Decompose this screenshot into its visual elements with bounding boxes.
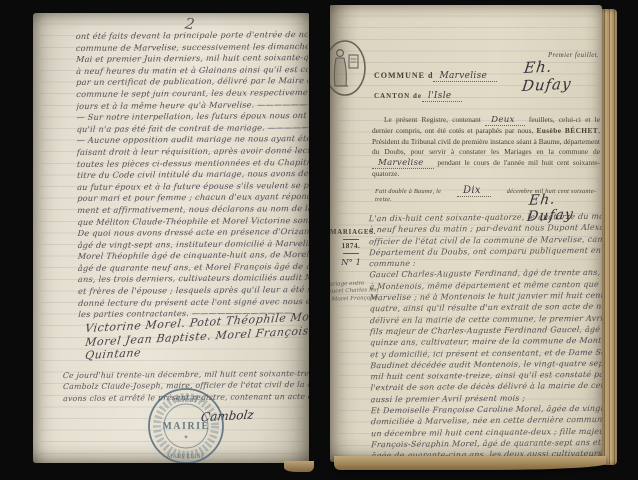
paragraph-part1: Le présent Registre, contenant — [384, 115, 481, 124]
left-page-bottom-edge — [284, 461, 314, 472]
right-page-bottom-edge — [334, 456, 606, 470]
stamp-center-text: MAIRIE — [162, 421, 209, 432]
commune-fill-value: Marvelise — [372, 158, 434, 169]
witness-signatures: Victorine Morel. Potot Théophile MorelMo… — [85, 316, 309, 357]
canton-value: l'Isle — [422, 91, 462, 102]
commune-value: Marvelise — [433, 71, 497, 82]
commune-field: COMMUNE dMarvelise — [374, 71, 497, 81]
register-scan: 2 ont été faits devant la principale por… — [0, 0, 638, 480]
issued-day-value: Dix — [457, 185, 491, 197]
stamp-top-text: DOUBS — [175, 397, 197, 404]
margin-rule — [343, 253, 359, 254]
mairie-round-stamp-icon: DOUBS MAIRIE ✶ MARVELISE — [145, 385, 227, 463]
register-certification-paragraph: Le présent Registre, contenant Deux feui… — [372, 115, 600, 180]
margin-heading: MARIAGES. — [330, 229, 372, 236]
canton-field: CANTON del'Isle — [374, 91, 462, 101]
margin-column: MARIAGES. 1874. N° 1 — [330, 229, 372, 268]
revenue-oval-stamp-icon — [330, 38, 368, 98]
marriage-act-text: L'an dix-huit cent soixante-quatorze, le… — [369, 211, 602, 462]
stamp-star-glyph: ✶ — [183, 434, 188, 441]
issued-prefix: Fait double à Baume, le — [375, 188, 441, 195]
left-page: 2 ont été faits devant la principale por… — [33, 13, 309, 463]
president-signature-top: Eh. Dufay — [521, 55, 602, 95]
canton-label: CANTON de — [374, 92, 422, 100]
right-page: COMMUNE dMarvelise CANTON del'Isle Premi… — [330, 5, 602, 462]
margin-rule — [343, 239, 359, 240]
commune-label: COMMUNE d — [374, 71, 433, 80]
sheet-count-value: Deux — [485, 115, 525, 126]
book-fore-edge — [602, 9, 617, 465]
stamp-bottom-text: MARVELISE — [167, 454, 205, 460]
tribunal-president-name: Eusèbe BÉCHET — [536, 126, 598, 135]
margin-year: 1874. — [330, 242, 372, 250]
act-number: N° 1 — [330, 258, 372, 268]
left-page-handwritten-body: ont été faits devant la principale porte… — [76, 29, 309, 321]
